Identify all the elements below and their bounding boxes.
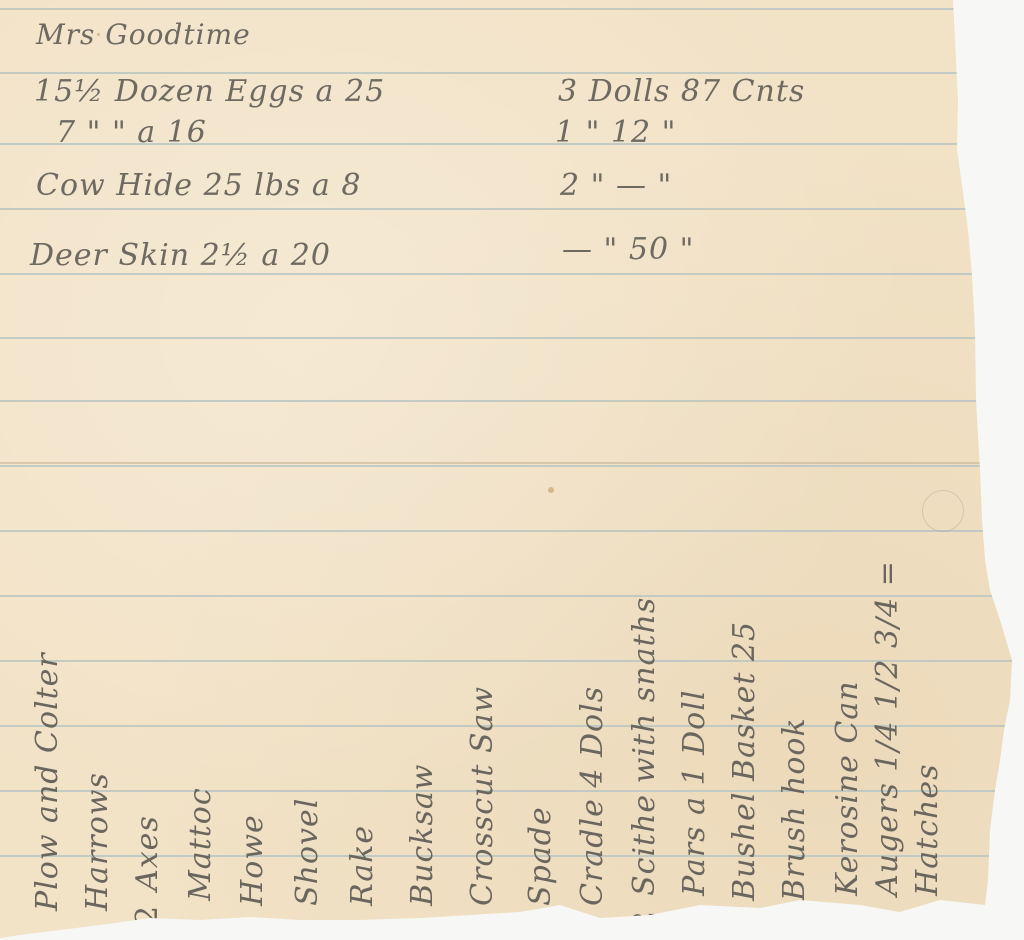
rule-line [0, 465, 1024, 467]
entry-amount: 1 " 12 " [555, 115, 676, 150]
faint-mark [922, 490, 964, 532]
rule-line [0, 337, 1024, 339]
tool-list-item: 1Kerosine Can [830, 680, 865, 930]
paper-fold [0, 462, 1024, 464]
tool-list-item: 1Brush hook [777, 717, 812, 935]
tool-list-item: 1Mattoc [183, 787, 218, 935]
rule-line [0, 8, 1024, 10]
entry-amount: 2 " — " [560, 168, 672, 203]
tool-list-item: 2Hatches [910, 764, 945, 930]
rule-line [0, 530, 1024, 532]
entry-line: 15½ Dozen Eggs a 25 [34, 74, 385, 109]
tool-list-item: Plow and Colter [30, 652, 65, 925]
tool-list-item: 1Bushel Basket 25 [727, 621, 762, 935]
tool-list-item: Harrows [80, 772, 115, 925]
paper-stain [548, 487, 554, 493]
tool-list-item: 1Spade [523, 806, 558, 940]
tool-list-item: 1Shovel [290, 798, 325, 940]
rule-line [0, 400, 1024, 402]
tool-list-item: 1Howe [235, 814, 270, 940]
tool-list-item: 1Rake [345, 825, 380, 940]
tool-list-item: 2Scithe with snaths [627, 597, 662, 930]
tool-list-item: 3Augers 1/4 1/2 3/4 = [870, 560, 905, 930]
paper-sheet: Mrs Goodtime 15½ Dozen Eggs a 25 7 " " a… [0, 0, 1024, 940]
entry-amount: — " 50 " [562, 232, 694, 267]
entry-line: Cow Hide 25 lbs a 8 [36, 168, 361, 203]
tool-list-item: 2Pars a 1 Doll [677, 690, 712, 930]
rule-line [0, 273, 1024, 275]
entry-line: 7 " " a 16 [56, 115, 207, 150]
entry-amount: 3 Dolls 87 Cnts [558, 74, 805, 109]
tool-list-item: 1Bucksaw [405, 764, 440, 940]
customer-name: Mrs Goodtime [36, 18, 251, 51]
tool-list-item: 1Crosscut Saw [465, 686, 500, 940]
entry-line: Deer Skin 2½ a 20 [30, 238, 331, 273]
tool-list-item: 2Axes [130, 815, 165, 925]
rule-line [0, 208, 1024, 210]
tool-list-item: 1Cradle 4 Dols [575, 686, 610, 940]
